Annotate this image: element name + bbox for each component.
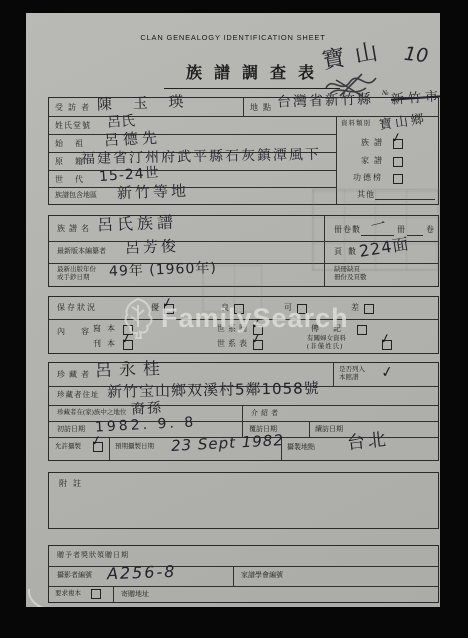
- content-opt-women-data: 有關婦女資料: [307, 335, 346, 342]
- coverage-value: 新竹等地: [117, 184, 189, 202]
- surname-hall-label: 姓氏堂號: [55, 121, 91, 130]
- checkmark-zupu: ✓: [390, 130, 404, 147]
- photographer-no-value: A256-8: [107, 564, 177, 582]
- introducer-label: 介紹者: [251, 409, 281, 417]
- checkbox-biography: [357, 325, 367, 335]
- preservation-opt-fair: 可: [284, 303, 292, 312]
- owner-address-value: 新竹宝山鄉双溪村5鄰1058號: [107, 381, 320, 400]
- preservation-opt-excellent: 優: [151, 303, 159, 312]
- ancestor-label: 始祖: [55, 139, 95, 148]
- ghost-stamp-small: [202, 265, 262, 313]
- listed-label-1: 是否列入: [339, 366, 365, 373]
- category-option-jiapu: 家譜: [361, 156, 387, 165]
- genealogy-name-label: 族譜名: [57, 224, 93, 233]
- content-opt-manuscript: 寫本: [93, 324, 121, 333]
- owner-label: 珍藏者: [57, 370, 93, 379]
- checkbox-fair: [297, 304, 307, 314]
- film-place-label: 攝製地點: [287, 443, 315, 451]
- scanned-form-sheet: CLAN GENEALOGY IDENTIFICATION SHEET 族 譜 …: [26, 13, 440, 607]
- preservation-opt-poor: 差: [351, 303, 359, 312]
- content-opt-lineage-chart: 世系圖: [217, 324, 250, 333]
- listed-checkmark: ✓: [380, 364, 395, 381]
- followup-label: 續訪日期: [315, 425, 343, 433]
- category-label: 資料類別: [341, 120, 371, 127]
- generations-label: 世代: [55, 175, 95, 184]
- film-date-value: 23 Sept 1982: [171, 433, 285, 454]
- publish-year-value: 49年 (1960年): [109, 261, 217, 279]
- content-opt-biography: 傳記: [311, 324, 355, 333]
- surname-hall-value: 呂氏: [107, 114, 136, 129]
- owner-position-value: 裔孫: [131, 401, 164, 417]
- location-value: 台灣省新竹縣: [277, 92, 373, 109]
- ghost-stamp-large: [312, 189, 440, 271]
- photographer-no-label: 攝影者編號: [57, 571, 92, 579]
- checkbox-gongdebang: [393, 174, 403, 184]
- section-owner: 珍藏者 呂永桂 是否列入 本館譜 ✓ 珍藏者住址 新竹宝山鄉双溪村5鄰1058號…: [48, 362, 439, 461]
- interviewee-value: 陳 玉 瑛: [97, 94, 192, 112]
- content-opt-women-data-note: (非僅姓氏): [307, 343, 343, 350]
- copy-request-label: 要求複本: [55, 590, 81, 597]
- location-struck-value: 新竹市: [391, 90, 440, 107]
- section-admin: 贈予者獎狀領贈日期 攝影者編號 A256-8 家譜學會編號 要求複本 寄贈地址: [48, 545, 439, 603]
- content-opt-printed: 刊本: [93, 339, 121, 348]
- owner-value: 呂永桂: [95, 361, 168, 381]
- award-date-label: 贈予者獎狀領贈日期: [57, 551, 129, 559]
- owner-position-label: 珍藏者在(家)族中之地位: [57, 409, 126, 416]
- hw-number-annotation: 10: [403, 45, 429, 66]
- checkbox-poor: [364, 304, 374, 314]
- genealogy-name-value: 呂氏族譜: [97, 215, 178, 234]
- society-no-label: 家譜學會編號: [241, 571, 283, 579]
- no-label: №: [382, 89, 389, 97]
- form-title: 族 譜 調 查 表: [164, 65, 340, 89]
- film-place-value: 台北: [346, 431, 390, 453]
- coverage-label: 族譜包含地區: [55, 191, 97, 199]
- publish-year-label-1: 最新出版年份: [57, 266, 96, 273]
- category-option-gongdebang: 功德榜: [353, 173, 383, 182]
- first-visit-label: 初訪日期: [57, 425, 85, 433]
- compiler-label: 最新版本編纂者: [57, 247, 106, 255]
- ancestor-value: 呂德先: [104, 131, 162, 149]
- notes-label: 附 註: [59, 479, 83, 488]
- section-notes: 附 註: [48, 472, 439, 529]
- first-visit-value: 1982. 9. 8: [95, 415, 197, 434]
- content-opt-lineage-table: 世系表: [217, 339, 250, 348]
- mail-address-label: 寄贈地址: [121, 590, 149, 598]
- owner-address-label: 珍藏者住址: [57, 391, 100, 400]
- missing-pages-label-2: 冊份及頁數: [334, 274, 367, 281]
- listed-label-2: 本館譜: [339, 374, 359, 381]
- checkmark-excellent: ✓: [161, 295, 175, 312]
- generations-value: 15-24世: [99, 166, 161, 184]
- checkmark-permission: ✓: [90, 433, 104, 450]
- interviewee-label: 受訪者: [55, 103, 94, 112]
- film-date-label: 預期攝製日期: [115, 443, 154, 450]
- permission-label: 允許攝製: [55, 443, 81, 450]
- origin-value: 福建省汀州府武平縣石灰鎮潭風下: [81, 148, 321, 166]
- checkmark-women-data: ✓: [379, 331, 393, 348]
- publish-year-label-2: 或手鈔日期: [57, 274, 90, 281]
- category-option-zupu: 族譜: [361, 138, 387, 147]
- preservation-label: 保存狀況: [57, 303, 97, 312]
- compiler-value: 呂芳俊: [125, 239, 180, 256]
- location-label: 地點: [250, 103, 276, 112]
- scan-edge-artifact: [26, 589, 52, 607]
- checkbox-copy-request: [91, 589, 101, 599]
- checkbox-jiapu: [393, 157, 403, 167]
